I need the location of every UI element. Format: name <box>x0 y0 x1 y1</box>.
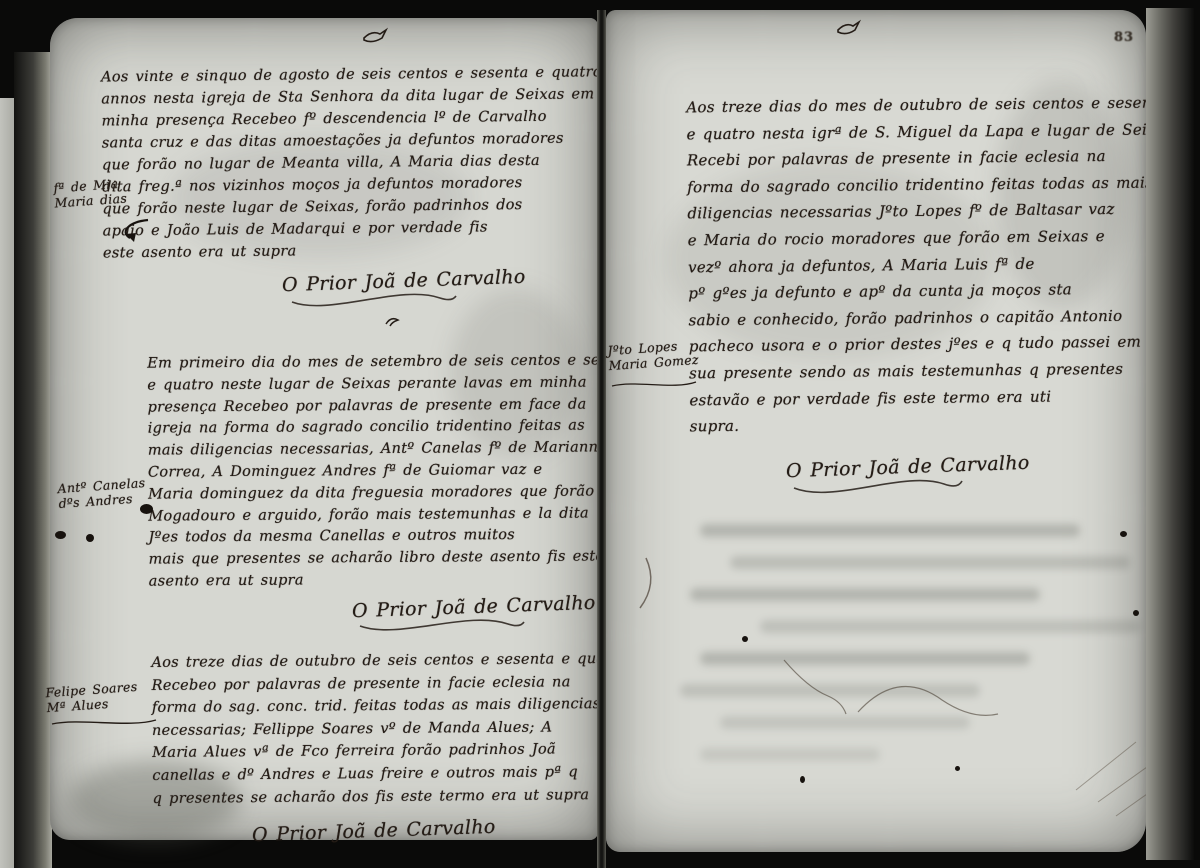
ink-blot <box>140 504 153 514</box>
register-entry: Aos vinte e sinquo de agosto de seis cen… <box>101 62 573 265</box>
manuscript-line: supra. <box>690 409 1140 440</box>
manuscript-line: mais diligencias necessarias, Antº Canel… <box>148 438 598 463</box>
margin-note-underline <box>50 716 160 728</box>
margin-arrow-flourish <box>118 218 154 244</box>
manuscript-line: igreja na forma do sagrado concilio trid… <box>148 416 598 441</box>
margin-note: Jºto Lopes Maria Gomez <box>607 337 699 373</box>
margin-note: Antº Canelas dºs Andres <box>57 475 147 511</box>
signature-flourish <box>358 618 528 638</box>
manuscript-line: Aos treze dias de outubro de seis centos… <box>151 648 601 675</box>
manuscript-line: e quatro neste lugar de Seixas perante l… <box>147 372 597 397</box>
scribal-mark <box>362 28 390 44</box>
manuscript-line: e Maria do rocio moradores que forão em … <box>688 223 1138 254</box>
margin-note: Felipe Soares Mª Alues <box>45 679 139 715</box>
manuscript-line: mais que presentes se acharão libro dest… <box>149 547 599 572</box>
manuscript-line: Maria dominguez da dita freguesia morado… <box>148 481 598 506</box>
manuscript-line: presença Recebeo por palavras de present… <box>147 394 597 419</box>
page-gutter <box>597 10 606 868</box>
manuscript-line: Aos treze dias do mes de outubro de seis… <box>686 90 1136 121</box>
manuscript-line: Correa, A Dominguez Andres fª de Guiomar… <box>148 459 598 484</box>
manuscript-line: Mogadouro e arguido, forão mais testemun… <box>148 503 598 528</box>
scratch-marks <box>606 500 1166 840</box>
register-entry: Em primeiro dia do mes de setembro de se… <box>147 350 599 593</box>
signature-flourish <box>290 292 460 312</box>
scribal-mark <box>836 20 862 36</box>
manuscript-line: asento era ut supra <box>149 568 599 593</box>
folio-number: 83 <box>1114 30 1134 45</box>
margin-note-underline <box>610 378 700 390</box>
next-leaf-edges <box>1146 8 1194 860</box>
ink-blot <box>86 534 94 542</box>
binding-shadow <box>14 52 52 868</box>
scribal-mark <box>384 316 400 328</box>
photo-background: Aos vinte e sinquo de agosto de seis cen… <box>0 0 1200 868</box>
manuscript-line: Em primeiro dia do mes de setembro de se… <box>147 350 597 375</box>
signature-flourish <box>792 478 967 500</box>
manuscript-line: Jºes todos da mesma Canellas e outros mu… <box>148 525 598 550</box>
manuscript-line: sua presente sendo as mais testemunhas q… <box>689 356 1139 387</box>
register-entry: Aos treze dias de outubro de seis centos… <box>151 648 602 810</box>
manuscript-line: q presentes se acharão dos fis este term… <box>153 784 603 811</box>
manuscript-line: canellas e dº Andres e Luas freire e out… <box>152 761 602 788</box>
margin-note: fª de Mia Maria dias <box>53 176 127 211</box>
register-entry: Aos treze dias do mes de outubro de seis… <box>686 90 1140 440</box>
ink-blot <box>55 531 66 539</box>
